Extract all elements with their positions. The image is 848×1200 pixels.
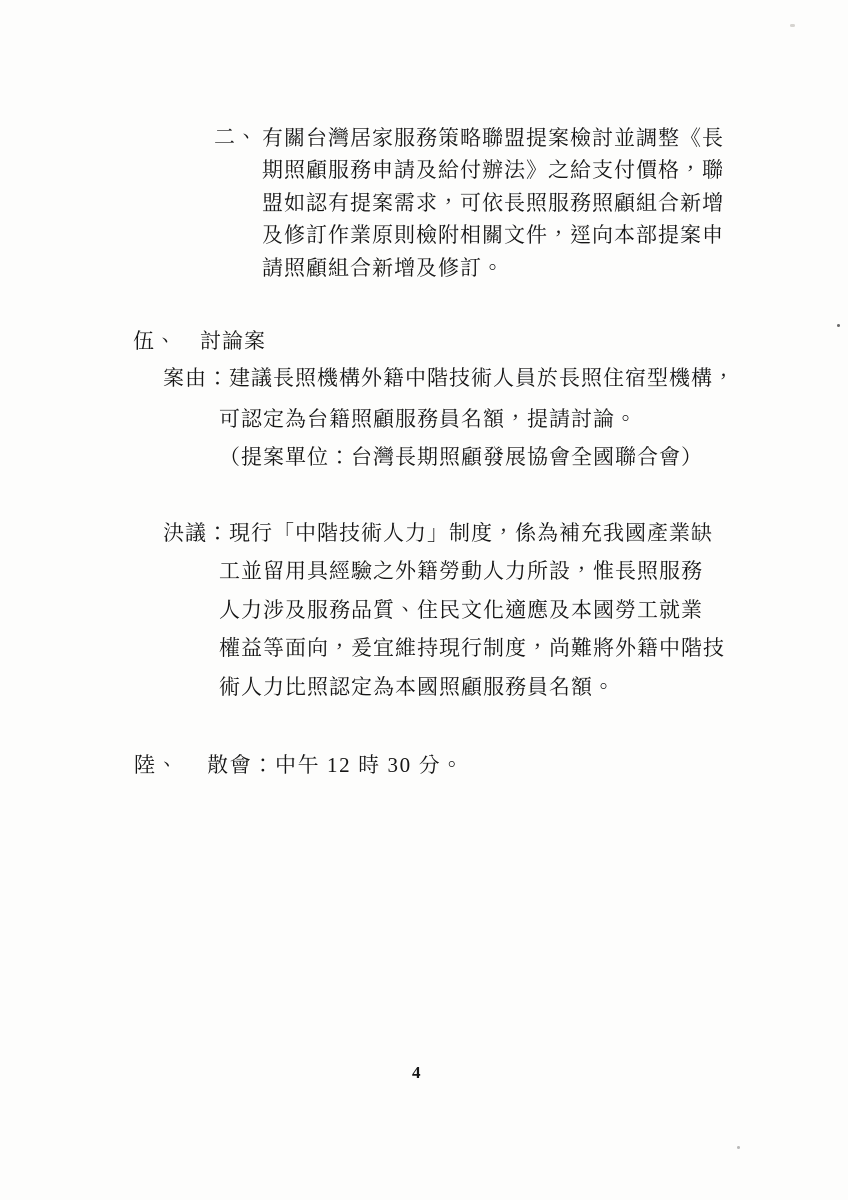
scan-speck xyxy=(837,324,840,327)
paragraph-line: 術人力比照認定為本國照顧服務員名額。 xyxy=(219,668,725,707)
paragraph-line: 有關台灣居家服務策略聯盟提案檢討並調整《長 xyxy=(262,122,724,154)
resolution-line: 決議：現行「中階技術人力」制度，係為補充我國產業缺 xyxy=(163,523,713,544)
case-subject-line: 案由：建議長照機構外籍中階技術人員於長照住宿型機構， xyxy=(163,368,735,389)
scan-speck xyxy=(790,24,795,27)
item-2-paragraph: 有關台灣居家服務策略聯盟提案檢討並調整《長 期照顧服務申請及給付辦法》之給支付價… xyxy=(262,122,724,284)
paragraph-line: 可認定為台籍照顧服務員名額，提請討論。 xyxy=(219,400,703,438)
resolution-continuation: 工並留用具經驗之外籍勞動人力所設，惟長照服務 人力涉及服務品質、住民文化適應及本… xyxy=(219,552,725,706)
section-5-number-label: 伍、 xyxy=(133,329,177,353)
section-6-adjournment: 陸、散會：中午 12 時 30 分。 xyxy=(134,755,464,776)
scanned-document-page: 二、 有關台灣居家服務策略聯盟提案檢討並調整《長 期照顧服務申請及給付辦法》之給… xyxy=(0,0,848,1200)
resolution-label: 決議： xyxy=(163,521,229,545)
case-subject-continuation: 可認定為台籍照顧服務員名額，提請討論。 （提案單位：台灣長期照顧發展協會全國聯合… xyxy=(219,400,703,476)
paragraph-line: 請照顧組合新增及修訂。 xyxy=(262,252,724,284)
case-subject-label: 案由： xyxy=(163,366,229,390)
resolution-text: 現行「中階技術人力」制度，係為補充我國產業缺 xyxy=(229,521,713,545)
paragraph-line: （提案單位：台灣長期照顧發展協會全國聯合會） xyxy=(219,438,703,476)
paragraph-line: 權益等面向，爰宜維持現行制度，尚難將外籍中階技 xyxy=(219,629,725,668)
section-6-number-label: 陸、 xyxy=(134,753,179,777)
page-number: 4 xyxy=(412,1064,421,1082)
scan-speck xyxy=(737,1146,740,1149)
section-5-heading: 伍、討論案 xyxy=(133,331,266,352)
adjournment-text: 散會：中午 12 時 30 分。 xyxy=(207,753,464,777)
case-subject-text: 建議長照機構外籍中階技術人員於長照住宿型機構， xyxy=(229,366,735,390)
paragraph-line: 及修訂作業原則檢附相關文件，逕向本部提案申 xyxy=(262,219,724,251)
item-2-number-label: 二、 xyxy=(214,127,258,148)
section-5-title: 討論案 xyxy=(200,329,266,353)
paragraph-line: 盟如認有提案需求，可依長照服務照顧組合新增 xyxy=(262,187,724,219)
paragraph-line: 工並留用具經驗之外籍勞動人力所設，惟長照服務 xyxy=(219,552,725,591)
paragraph-line: 人力涉及服務品質、住民文化適應及本國勞工就業 xyxy=(219,591,725,630)
paragraph-line: 期照顧服務申請及給付辦法》之給支付價格，聯 xyxy=(262,154,724,186)
